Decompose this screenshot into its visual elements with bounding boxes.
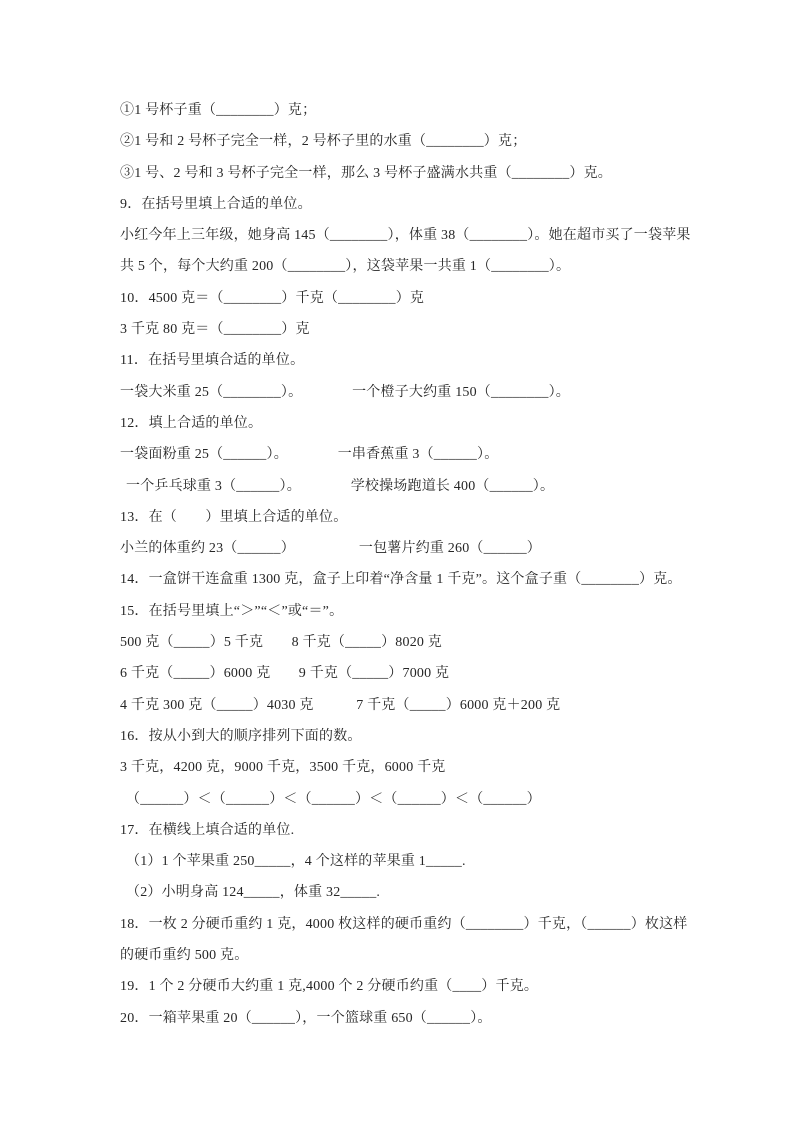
question-18-line-1: 18．一枚 2 分硬币重约 1 克，4000 枚这样的硬币重约（________… bbox=[120, 909, 737, 940]
question-9-body-2: 共 5 个，每个大约重 200（________），这袋苹果一共重 1（____… bbox=[120, 251, 737, 282]
question-12-body-2: 一个乒乓球重 3（______）。 学校操场跑道长 400（______）。 bbox=[120, 471, 737, 502]
question-15-body-1: 500 克（_____）5 千克 8 千克（_____）8020 克 bbox=[120, 627, 737, 658]
question-11-heading: 11．在括号里填合适的单位。 bbox=[120, 345, 737, 376]
question-18-line-2: 的硬币重约 500 克。 bbox=[120, 940, 737, 971]
question-13-body-1: 小兰的体重约 23（______） 一包薯片约重 260（______） bbox=[120, 533, 737, 564]
worksheet-page: ①1 号杯子重（________）克； ②1 号和 2 号杯子完全一样，2 号杯… bbox=[0, 0, 793, 1034]
question-17-sub-2: （2）小明身高 124_____，体重 32_____. bbox=[120, 877, 737, 908]
continuation-item-2: ②1 号和 2 号杯子完全一样，2 号杯子里的水重（________）克； bbox=[120, 126, 737, 157]
question-17-heading: 17．在横线上填合适的单位. bbox=[120, 815, 737, 846]
question-20-line-1: 20．一箱苹果重 20（______），一个篮球重 650（______）。 bbox=[120, 1003, 737, 1034]
question-9-heading: 9．在括号里填上合适的单位。 bbox=[120, 189, 737, 220]
question-16-heading: 16．按从小到大的顺序排列下面的数。 bbox=[120, 721, 737, 752]
continuation-item-1: ①1 号杯子重（________）克； bbox=[120, 95, 737, 126]
continuation-item-3: ③1 号、2 号和 3 号杯子完全一样，那么 3 号杯子盛满水共重（______… bbox=[120, 158, 737, 189]
question-15-body-2: 6 千克（_____）6000 克 9 千克（_____）7000 克 bbox=[120, 658, 737, 689]
question-11-body-1: 一袋大米重 25（________）。 一个橙子大约重 150（________… bbox=[120, 377, 737, 408]
question-9-body-1: 小红今年上三年级，她身高 145（________），体重 38（_______… bbox=[120, 220, 737, 251]
question-12-heading: 12．填上合适的单位。 bbox=[120, 408, 737, 439]
question-10-line-1: 10．4500 克＝（________）千克（________）克 bbox=[120, 283, 737, 314]
question-15-body-3: 4 千克 300 克（_____）4030 克 7 千克（_____）6000 … bbox=[120, 690, 737, 721]
question-14-line-1: 14．一盒饼干连盒重 1300 克，盒子上印着“净含量 1 千克”。这个盒子重（… bbox=[120, 564, 737, 595]
question-10-line-2: 3 千克 80 克＝（________）克 bbox=[120, 314, 737, 345]
question-13-heading: 13．在（ ）里填上合适的单位。 bbox=[120, 502, 737, 533]
question-12-body-1: 一袋面粉重 25（______）。 一串香蕉重 3（______）。 bbox=[120, 439, 737, 470]
question-17-sub-1: （1）1 个苹果重 250_____，4 个这样的苹果重 1_____. bbox=[120, 846, 737, 877]
question-16-answer-blanks: （______）＜（______）＜（______）＜（______）＜（___… bbox=[120, 784, 737, 815]
question-19-line-1: 19．1 个 2 分硬币大约重 1 克,4000 个 2 分硬币约重（____）… bbox=[120, 971, 737, 1002]
question-15-heading: 15．在括号里填上“＞”“＜”或“＝”。 bbox=[120, 596, 737, 627]
question-16-body-1: 3 千克，4200 克，9000 千克，3500 千克，6000 千克 bbox=[120, 752, 737, 783]
